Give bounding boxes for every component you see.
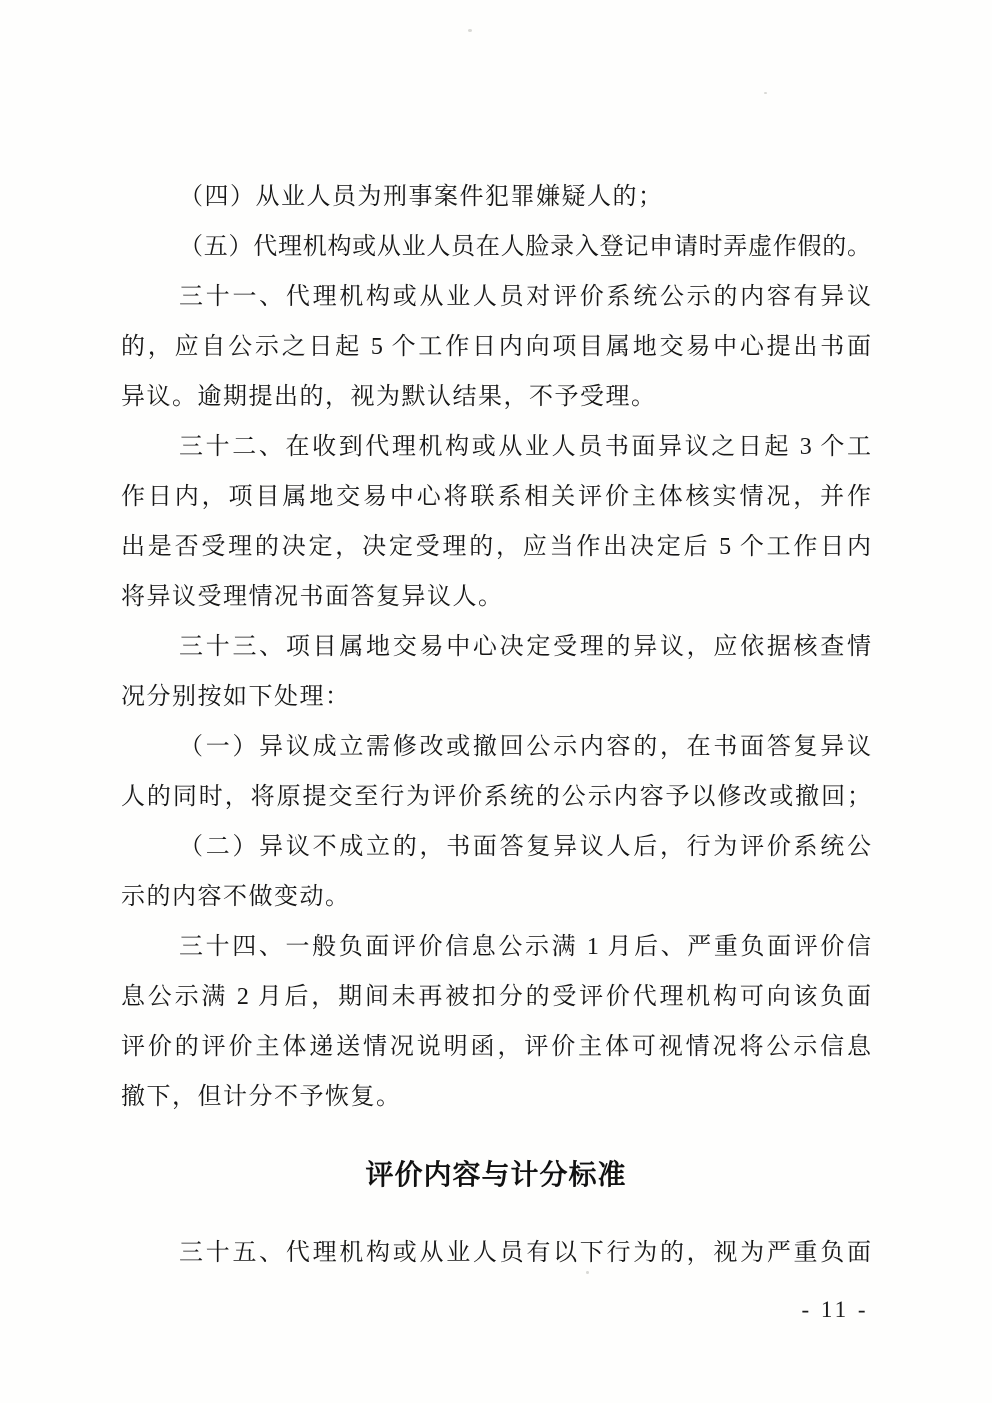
text-line: 三十三、项目属地交易中心决定受理的异议，应依据核查情 <box>121 622 871 672</box>
text-line: 况分别按如下处理： <box>121 672 871 722</box>
text-line: （五）代理机构或从业人员在人脸录入登记申请时弄虚作假的。 <box>121 222 871 272</box>
text-line: 三十四、一般负面评价信息公示满 1 月后、严重负面评价信 <box>121 922 871 972</box>
scan-speckle <box>468 29 472 32</box>
page-number: - 11 - <box>790 1293 880 1327</box>
document-text-block: （四）从业人员为刑事案件犯罪嫌疑人的；（五）代理机构或从业人员在人脸录入登记申请… <box>121 172 871 1278</box>
section-heading: 评价内容与计分标准 <box>121 1150 871 1200</box>
document-page: （四）从业人员为刑事案件犯罪嫌疑人的；（五）代理机构或从业人员在人脸录入登记申请… <box>0 0 992 1403</box>
text-line: 作日内，项目属地交易中心将联系相关评价主体核实情况，并作 <box>121 472 871 522</box>
text-line: 撤下，但计分不予恢复。 <box>121 1072 871 1122</box>
text-line: 出是否受理的决定，决定受理的，应当作出决定后 5 个工作日内 <box>121 522 871 572</box>
text-line: 的，应自公示之日起 5 个工作日内向项目属地交易中心提出书面 <box>121 322 871 372</box>
text-line: 将异议受理情况书面答复异议人。 <box>121 572 871 622</box>
scan-speckle <box>764 92 767 94</box>
text-line: 息公示满 2 月后，期间未再被扣分的受评价代理机构可向该负面 <box>121 972 871 1022</box>
text-line: 三十五、代理机构或从业人员有以下行为的，视为严重负面 <box>121 1228 871 1278</box>
text-line: 三十二、在收到代理机构或从业人员书面异议之日起 3 个工 <box>121 422 871 472</box>
text-line: 人的同时，将原提交至行为评价系统的公示内容予以修改或撤回； <box>121 772 871 822</box>
text-line: 异议。逾期提出的，视为默认结果，不予受理。 <box>121 372 871 422</box>
text-line: 三十一、代理机构或从业人员对评价系统公示的内容有异议 <box>121 272 871 322</box>
text-line: （一）异议成立需修改或撤回公示内容的，在书面答复异议 <box>121 722 871 772</box>
text-line: （二）异议不成立的，书面答复异议人后，行为评价系统公 <box>121 822 871 872</box>
text-line: 评价的评价主体递送情况说明函，评价主体可视情况将公示信息 <box>121 1022 871 1072</box>
text-line: （四）从业人员为刑事案件犯罪嫌疑人的； <box>121 172 871 222</box>
text-line: 示的内容不做变动。 <box>121 872 871 922</box>
